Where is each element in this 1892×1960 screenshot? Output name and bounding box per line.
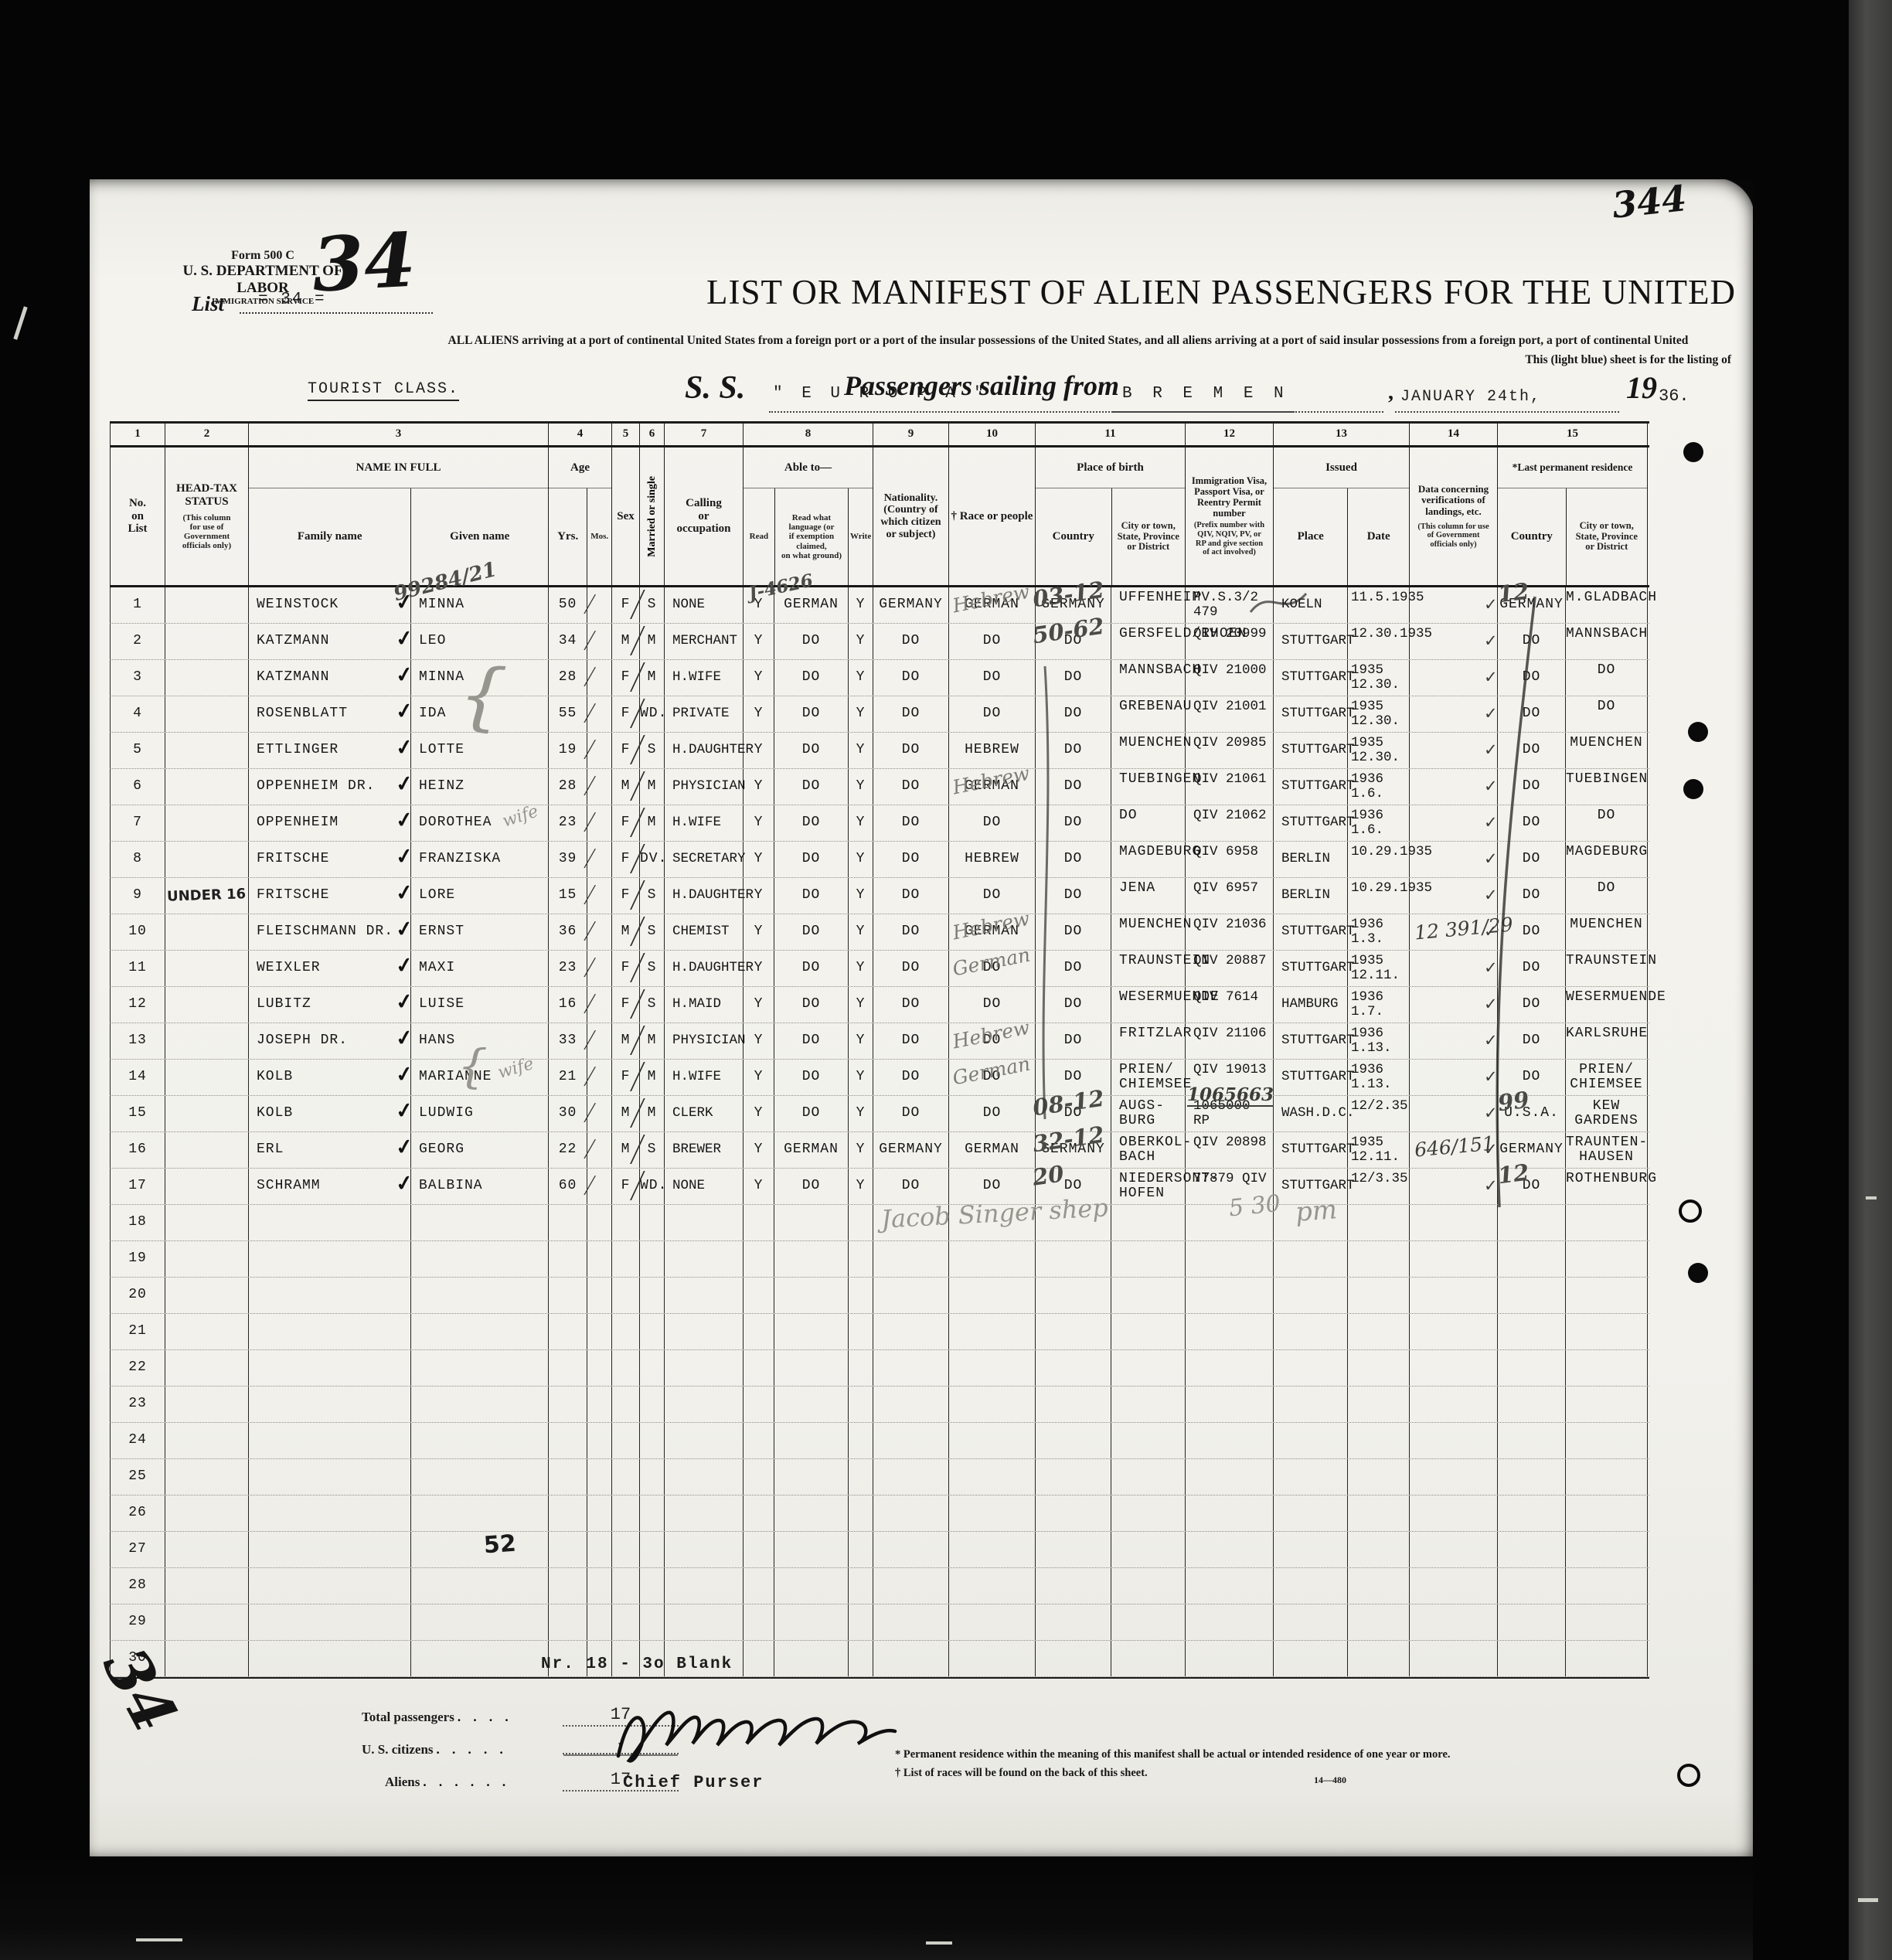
check-mark: ✓ [1484, 995, 1498, 1014]
read-language: DO [774, 1023, 848, 1048]
visa-number [1186, 1496, 1273, 1499]
given-name [411, 1568, 548, 1578]
able-to-write: Y [849, 769, 873, 794]
check-mark: ✓ [1484, 668, 1498, 687]
age-years [549, 1641, 587, 1651]
birth-city: TUEBINGEN [1111, 769, 1185, 787]
table-row: 10 FLEISCHMANN DR.✓ ERNST 36 ∕ M S∕ CHEM… [110, 914, 1649, 951]
table-row: 12 LUBITZ✓ LUISE 16 ∕ F S∕ H.MAID Y DO Y… [110, 987, 1649, 1023]
head-tax-stamp: UNDER 16 [167, 886, 247, 905]
able-to-read: Y [744, 624, 774, 648]
visa-number [1186, 1387, 1273, 1390]
visa-number: QIV 20985 [1186, 733, 1273, 750]
visa-number: QIV 21001 [1186, 696, 1273, 714]
residence-country-handwritten: 12 [1496, 1159, 1530, 1189]
annotation: 5 30 [1228, 1193, 1282, 1221]
punch-hole [1688, 1263, 1708, 1283]
punch-hole [1683, 779, 1703, 799]
table-row: 1 WEINSTOCK✓ MINNA 50 ∕ F S∕ NONE Y GERM… [110, 587, 1649, 624]
birth-country [1036, 1459, 1111, 1469]
pencil-slash: ∕ [588, 696, 592, 730]
birth-country: DO [1036, 1023, 1111, 1048]
able-to-write: Y [849, 587, 873, 612]
age-years: 33 [549, 1023, 587, 1048]
birth-country: DO [1036, 987, 1111, 1012]
given-name [411, 1241, 548, 1251]
age-years: 28 [549, 660, 587, 685]
nationality: DO [873, 624, 948, 648]
read-language [774, 1241, 848, 1251]
residence-country: GERMANY [1498, 1132, 1565, 1157]
birth-city: OBERKOL- BACH [1111, 1132, 1185, 1165]
sex [612, 1314, 639, 1324]
pencil-slash: ∕ [588, 878, 592, 912]
occupation [665, 1387, 743, 1397]
check-mark: ✓ [1484, 740, 1498, 760]
age-years [549, 1387, 587, 1397]
occupation [665, 1532, 743, 1542]
occupation: PHYSICIAN [665, 1023, 743, 1048]
residence-country-handwritten: 12 [1496, 578, 1530, 608]
issued-date: 1935 12.11. [1348, 1132, 1409, 1165]
family-name: FLEISCHMANN DR. [249, 914, 410, 939]
residence-country: DO [1498, 1023, 1565, 1048]
age-years [549, 1604, 587, 1615]
residence-city [1566, 1568, 1647, 1571]
table-row: 19 [110, 1241, 1649, 1278]
birth-country [1036, 1278, 1111, 1288]
race-or-people [949, 1641, 1035, 1651]
residence-city: MANNSBACH [1566, 624, 1647, 641]
residence-country: DO [1498, 878, 1565, 903]
occupation: H.DAUGHTER [665, 951, 743, 975]
residence-country [1498, 1641, 1565, 1651]
married-or-single: S [640, 987, 664, 1012]
family-name [249, 1241, 410, 1251]
married-or-single: S [640, 733, 664, 757]
able-to-write [849, 1205, 873, 1215]
occupation: PHYSICIAN [665, 769, 743, 794]
aliens-label: Aliens [385, 1775, 420, 1789]
residence-country: DO [1498, 624, 1565, 648]
read-language: DO [774, 842, 848, 866]
married-or-single: M [640, 660, 664, 685]
nationality: DO [873, 914, 948, 939]
race-or-people: DO [949, 624, 1035, 648]
able-to-read: Y [744, 1060, 774, 1084]
occupation [665, 1568, 743, 1578]
light-blue-sheet-note: This (light blue) sheet is for the listi… [927, 353, 1731, 367]
birth-country [1036, 1568, 1111, 1578]
occupation: BREWER [665, 1132, 743, 1157]
issued-place [1274, 1641, 1347, 1651]
header-sex: Sex [617, 510, 635, 523]
occupation [665, 1241, 743, 1251]
header-residence-city: City or town, State, Province or Distric… [1576, 521, 1638, 553]
table-row: 14 KOLB✓ MARIANNE 21 ∕ F M∕ H.WIFE Y DO … [110, 1060, 1649, 1096]
residence-city: KARLSRUHE [1566, 1023, 1647, 1041]
visa-number [1186, 1241, 1273, 1244]
residence-city: KEW GARDENS [1566, 1096, 1647, 1128]
married-or-single [640, 1387, 664, 1397]
able-to-write: Y [849, 805, 873, 830]
table-row: 3 KATZMANN✓ MINNA 28 ∕ F M∕ H.WIFE Y DO … [110, 660, 1649, 696]
sex [612, 1423, 639, 1433]
read-language [774, 1350, 848, 1360]
visa-number [1186, 1423, 1273, 1426]
issued-place: STUTTGART [1274, 769, 1347, 794]
nationality [873, 1423, 948, 1433]
residence-country [1498, 1387, 1565, 1397]
able-to-read: Y [744, 1096, 774, 1121]
race-or-people: DO [949, 987, 1035, 1012]
visa-number [1186, 1641, 1273, 1644]
header-write: Write [850, 532, 871, 541]
issued-place: STUTTGART [1274, 951, 1347, 975]
film-edge-strip [1849, 0, 1892, 1960]
issued-place [1274, 1350, 1347, 1360]
nationality [873, 1641, 948, 1651]
residence-country [1498, 1532, 1565, 1542]
pencil-slash: ∕ [588, 914, 592, 948]
married-or-single [640, 1568, 664, 1578]
nationality [873, 1459, 948, 1469]
race-or-people [949, 1532, 1035, 1542]
residence-city [1566, 1604, 1647, 1608]
able-to-read: Y [744, 842, 774, 866]
age-years: 21 [549, 1060, 587, 1084]
able-to-write: Y [849, 1060, 873, 1084]
married-or-single [640, 1496, 664, 1506]
family-name [249, 1568, 410, 1578]
able-to-write: Y [849, 660, 873, 685]
married-or-single: M [640, 769, 664, 794]
table-row: 27 [110, 1532, 1649, 1568]
read-language: DO [774, 987, 848, 1012]
race-or-people [949, 1568, 1035, 1578]
issued-date: 1936 1.6. [1348, 805, 1409, 838]
race-or-people: DO [949, 660, 1035, 685]
pencil-slash: ∕ [588, 733, 592, 767]
col-num: 10 [949, 424, 1036, 445]
residence-city [1566, 1532, 1647, 1535]
given-name [411, 1387, 548, 1397]
family-name: KATZMANN [249, 660, 410, 685]
birth-country: DO [1036, 842, 1111, 866]
issued-date [1348, 1314, 1409, 1317]
given-name: FRANZISKA [411, 842, 548, 866]
race-or-people: HEBREW [949, 733, 1035, 757]
read-language [774, 1387, 848, 1397]
able-to-write [849, 1532, 873, 1542]
nationality: DO [873, 987, 948, 1012]
issued-place [1274, 1423, 1347, 1433]
sex [612, 1350, 639, 1360]
residence-country: DO [1498, 951, 1565, 975]
nationality [873, 1278, 948, 1288]
able-to-write: Y [849, 878, 873, 903]
given-name [411, 1278, 548, 1288]
issued-date: 1935 12.30. [1348, 696, 1409, 729]
nationality: DO [873, 1023, 948, 1048]
age-years: 60 [549, 1169, 587, 1193]
able-to-read: Y [744, 805, 774, 830]
family-name: ROSENBLATT [249, 696, 410, 721]
header-able-to: Able to— [784, 461, 832, 475]
birth-city [1111, 1387, 1185, 1390]
residence-city: MUENCHEN [1566, 733, 1647, 750]
issued-date [1348, 1205, 1409, 1208]
family-name: KOLB [249, 1096, 410, 1121]
departure-port: B R E M E N [1122, 385, 1289, 403]
page-title: LIST OR MANIFEST OF ALIEN PASSENGERS FOR… [696, 272, 1747, 312]
birth-city: AUGS- BURG [1111, 1096, 1185, 1128]
table-row: 4 ROSENBLATT✓ IDA 55 ∕ F WD.∕ PRIVATE Y … [110, 696, 1649, 733]
race-or-people: DO [949, 1096, 1035, 1121]
header-mos: Mos. [590, 532, 608, 541]
occupation: H.DAUGHTER [665, 878, 743, 903]
married-or-single: S [640, 951, 664, 975]
given-name [411, 1641, 548, 1651]
birth-country [1036, 1604, 1111, 1615]
race-or-people [949, 1496, 1035, 1506]
able-to-write: Y [849, 696, 873, 721]
total-passengers-label: Total passengers [362, 1710, 454, 1724]
birth-city: PRIEN/ CHIEMSEE [1111, 1060, 1185, 1092]
residence-city: ROTHENBURG [1566, 1169, 1647, 1186]
check-mark: ✓ [1484, 813, 1498, 832]
visa-number: 77879 QIV [1186, 1169, 1273, 1186]
table-row: 9 UNDER 16 FRITSCHE✓ LORE 15 ∕ F S∕ H.DA… [110, 878, 1649, 914]
footnote-permanent-residence: * Permanent residence within the meaning… [895, 1748, 1451, 1761]
birth-city [1111, 1604, 1185, 1608]
sex [612, 1604, 639, 1615]
nationality: GERMANY [873, 1132, 948, 1157]
occupation: MERCHANT [665, 624, 743, 648]
header-verifications: Data concerning verifications of landing… [1418, 484, 1489, 518]
nationality [873, 1568, 948, 1578]
residence-country: DO [1498, 987, 1565, 1012]
nationality [873, 1604, 948, 1615]
check-mark: ✓ [1484, 704, 1498, 723]
able-to-write: Y [849, 951, 873, 975]
header-head-tax: HEAD-TAX STATUS [176, 482, 237, 509]
birth-city [1111, 1423, 1185, 1426]
birth-country [1036, 1423, 1111, 1433]
footnote-races: † List of races will be found on the bac… [895, 1767, 1148, 1780]
nationality [873, 1496, 948, 1506]
film-scratch [1866, 1196, 1877, 1199]
punch-hole [1683, 442, 1703, 462]
table-row: 16 ERL✓ GEORG 22 ∕ M S∕ BREWER Y GERMAN … [110, 1132, 1649, 1169]
read-language [774, 1423, 848, 1433]
married-or-single: S [640, 587, 664, 612]
residence-country: DO [1498, 1060, 1565, 1084]
table-row: 5 ETTLINGER✓ LOTTE 19 ∕ F S∕ H.DAUGHTER … [110, 733, 1649, 769]
given-name [411, 1496, 548, 1506]
residence-city: DO [1566, 805, 1647, 823]
issued-place: STUTTGART [1274, 733, 1347, 757]
issued-date: 12.30.1935 [1348, 624, 1409, 641]
residence-country: DO [1498, 660, 1565, 685]
signature-title: Chief Purser [623, 1773, 764, 1792]
race-or-people [949, 1350, 1035, 1360]
family-name [249, 1532, 410, 1542]
issued-place: WASH.D.C. [1274, 1096, 1347, 1121]
annotation: 52 [483, 1533, 517, 1558]
able-to-read [744, 1568, 774, 1578]
check-mark: ✓ [1484, 777, 1498, 796]
able-to-write [849, 1641, 873, 1651]
residence-city [1566, 1641, 1647, 1644]
table-row: 13 JOSEPH DR.✓ HANS 33 ∕ M M∕ PHYSICIAN … [110, 1023, 1649, 1060]
nationality: GERMANY [873, 587, 948, 612]
read-language: DO [774, 733, 848, 757]
visa-number: QIV 20887 [1186, 951, 1273, 968]
issued-place [1274, 1496, 1347, 1506]
birth-city [1111, 1496, 1185, 1499]
col-num: 3 [249, 424, 549, 445]
able-to-read [744, 1278, 774, 1288]
table-row: 21 [110, 1314, 1649, 1350]
race-or-people: DO [949, 1169, 1035, 1193]
married-or-single [640, 1423, 664, 1433]
race-or-people [949, 1604, 1035, 1615]
married-or-single: S [640, 878, 664, 903]
issued-date [1348, 1278, 1409, 1281]
married-or-single [640, 1532, 664, 1542]
birth-city [1111, 1205, 1185, 1208]
residence-city: TRAUNSTEIN [1566, 951, 1647, 968]
family-name: JOSEPH DR. [249, 1023, 410, 1048]
sex [612, 1641, 639, 1651]
given-name [411, 1532, 548, 1542]
able-to-write [849, 1568, 873, 1578]
annotation: { [457, 1043, 488, 1090]
birth-city: GREBENAU [1111, 696, 1185, 714]
blank-rows-note: Nr. 18 - 3o Blank [541, 1655, 733, 1673]
birth-city: NIEDERSONT- HOFEN [1111, 1169, 1185, 1201]
residence-country: DO [1498, 733, 1565, 757]
occupation: H.MAID [665, 987, 743, 1012]
issued-place [1274, 1387, 1347, 1397]
occupation: CLERK [665, 1096, 743, 1121]
visa-number: QIV 19013 [1186, 1060, 1273, 1077]
issued-place: BERLIN [1274, 842, 1347, 866]
header-yrs: Yrs. [557, 530, 578, 543]
check-mark: ✓ [1484, 886, 1498, 905]
occupation: NONE [665, 1169, 743, 1193]
married-or-single [640, 1604, 664, 1615]
birth-country-handwritten: 20 [1031, 1160, 1066, 1190]
race-or-people [949, 1241, 1035, 1251]
issued-date [1348, 1496, 1409, 1499]
residence-city: DO [1566, 696, 1647, 714]
port-dotted-line [1113, 411, 1383, 413]
able-to-write: Y [849, 987, 873, 1012]
family-name: FRITSCHE [249, 842, 410, 866]
residence-country-handwritten: 99 [1496, 1087, 1530, 1117]
issued-place [1274, 1314, 1347, 1324]
issued-place: STUTTGART [1274, 1060, 1347, 1084]
able-to-write: Y [849, 733, 873, 757]
occupation: CHEMIST [665, 914, 743, 939]
header-given-name: Given name [450, 530, 509, 543]
header-place-of-birth: Place of birth [1077, 461, 1144, 475]
able-to-write [849, 1604, 873, 1615]
given-name: LUISE [411, 987, 548, 1012]
birth-country: DO [1036, 1060, 1111, 1084]
pencil-slash: ∕ [588, 805, 592, 839]
sex [612, 1387, 639, 1397]
birth-city: JENA [1111, 878, 1185, 896]
annotation: 34 [311, 223, 417, 303]
occupation [665, 1459, 743, 1469]
family-name: ERL [249, 1132, 410, 1157]
occupation [665, 1423, 743, 1433]
residence-country [1498, 1350, 1565, 1360]
read-language: DO [774, 951, 848, 975]
occupation: NONE [665, 587, 743, 612]
comma: , [1388, 380, 1393, 405]
married-or-single [640, 1205, 664, 1215]
residence-country [1498, 1314, 1565, 1324]
header-calling: Calling or occupation [676, 497, 730, 536]
read-language: DO [774, 914, 848, 939]
read-language: DO [774, 624, 848, 648]
visa-number: QIV 6957 [1186, 878, 1273, 896]
able-to-write: Y [849, 624, 873, 648]
sex [612, 1496, 639, 1506]
married-or-single: M [640, 1096, 664, 1121]
given-name [411, 1423, 548, 1433]
ss-label: S. S. [685, 369, 745, 407]
read-language [774, 1568, 848, 1578]
residence-city: PRIEN/ CHIEMSEE [1566, 1060, 1647, 1092]
married-or-single [640, 1459, 664, 1469]
nationality [873, 1241, 948, 1251]
given-name: LORE [411, 878, 548, 903]
race-or-people: DO [949, 878, 1035, 903]
birth-city: DO [1111, 805, 1185, 823]
age-years: 19 [549, 733, 587, 757]
birth-city [1111, 1532, 1185, 1535]
age-years: 28 [549, 769, 587, 794]
residence-country [1498, 1459, 1565, 1469]
birth-country: DO [1036, 660, 1111, 685]
age-years: 50 [549, 587, 587, 612]
age-years [549, 1459, 587, 1469]
residence-city [1566, 1350, 1647, 1353]
married-or-single: M [640, 805, 664, 830]
issued-place: STUTTGART [1274, 805, 1347, 830]
punch-hole [1679, 1199, 1702, 1223]
residence-country [1498, 1496, 1565, 1506]
issued-place: KOELN [1274, 587, 1347, 612]
table-row: 7 OPPENHEIM✓ DOROTHEA 23 ∕ F M∕ H.WIFE Y… [110, 805, 1649, 842]
residence-country [1498, 1205, 1565, 1215]
visa-number [1186, 1350, 1273, 1353]
header-head-tax-sub: (This column for use of Government offic… [182, 513, 231, 550]
able-to-read: Y [744, 696, 774, 721]
pencil-slash: ∕ [588, 660, 592, 694]
able-to-write: Y [849, 1132, 873, 1157]
header-name-in-full: NAME IN FULL [356, 461, 441, 475]
residence-country [1498, 1241, 1565, 1251]
age-years [549, 1568, 587, 1578]
family-name: SCHRAMM [249, 1169, 410, 1193]
issued-place [1274, 1278, 1347, 1288]
